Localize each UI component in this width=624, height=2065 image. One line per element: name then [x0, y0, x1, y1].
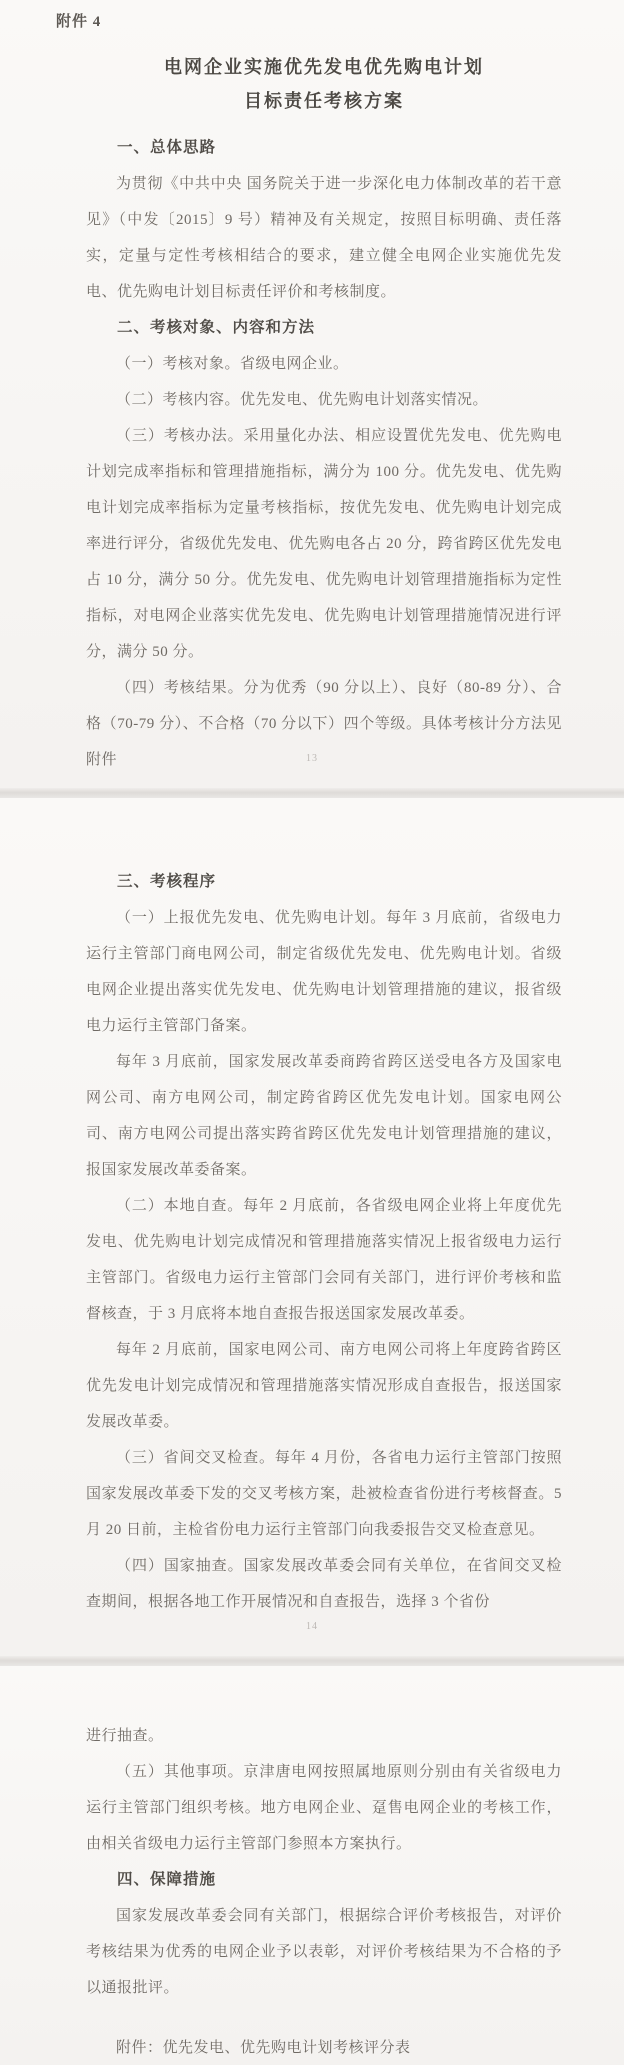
page-number-2: 14 [0, 1621, 624, 1632]
paragraph-local-selfcheck: （二）本地自查。每年 2 月底前，各省级电网企业将上年度优先发电、优先购电计划完… [86, 1188, 562, 1332]
section-heading-procedure: 三、考核程序 [86, 864, 562, 900]
paragraph-selfcheck-cross-province: 每年 2 月底前，国家电网公司、南方电网公司将上年度跨省跨区优先发电计划完成情况… [86, 1332, 562, 1440]
scanned-page-3: 进行抽查。 （五）其他事项。京津唐电网按照属地原则分别由有关省级电力运行主管部门… [0, 1666, 624, 2065]
paragraph-national-spotcheck: （四）国家抽查。国家发展改革委会同有关单位，在省间交叉检查期间，根据各地工作开展… [86, 1548, 562, 1620]
paragraph-overall: 为贯彻《中共中央 国务院关于进一步深化电力体制改革的若干意见》（中发〔2015〕… [86, 166, 562, 310]
page-number-1: 13 [0, 753, 624, 764]
page-separator [0, 788, 624, 798]
paragraph-other-matters: （五）其他事项。京津唐电网按照属地原则分别由有关省级电力运行主管部门组织考核。地… [86, 1754, 562, 1862]
document-title-line1: 电网企业实施优先发电优先购电计划 [86, 50, 562, 84]
paragraph-plan-report-cross-province: 每年 3 月底前，国家发展改革委商跨省跨区送受电各方及国家电网公司、南方电网公司… [86, 1044, 562, 1188]
scanned-page-1: 附件 4 电网企业实施优先发电优先购电计划 目标责任考核方案 一、总体思路 为贯… [0, 0, 624, 788]
paragraph-assessment-content: （二）考核内容。优先发电、优先购电计划落实情况。 [86, 382, 562, 418]
section-heading-safeguard: 四、保障措施 [86, 1862, 562, 1898]
document-title-line2: 目标责任考核方案 [86, 84, 562, 118]
attachment-note: 附件：优先发电、优先购电计划考核评分表 [86, 2030, 562, 2065]
paragraph-interprovince-crosscheck: （三）省间交叉检查。每年 4 月份，各省电力运行主管部门按照国家发展改革委下发的… [86, 1440, 562, 1548]
scanned-page-2: 三、考核程序 （一）上报优先发电、优先购电计划。每年 3 月底前，省级电力运行主… [0, 798, 624, 1656]
document-title: 电网企业实施优先发电优先购电计划 目标责任考核方案 [86, 50, 562, 118]
paragraph-assessment-target: （一）考核对象。省级电网企业。 [86, 346, 562, 382]
attachment-label: 附件 4 [56, 10, 562, 34]
paragraph-spotcheck-continued: 进行抽查。 [86, 1718, 562, 1754]
scanned-document: 附件 4 电网企业实施优先发电优先购电计划 目标责任考核方案 一、总体思路 为贯… [0, 0, 624, 2065]
section-heading-overall: 一、总体思路 [86, 130, 562, 166]
section-heading-objects: 二、考核对象、内容和方法 [86, 310, 562, 346]
paragraph-safeguard-measures: 国家发展改革委会同有关部门，根据综合评价考核报告，对评价考核结果为优秀的电网企业… [86, 1898, 562, 2006]
paragraph-assessment-method: （三）考核办法。采用量化办法、相应设置优先发电、优先购电计划完成率指标和管理措施… [86, 418, 562, 670]
paragraph-plan-report: （一）上报优先发电、优先购电计划。每年 3 月底前，省级电力运行主管部门商电网公… [86, 900, 562, 1044]
page-separator [0, 1656, 624, 1666]
